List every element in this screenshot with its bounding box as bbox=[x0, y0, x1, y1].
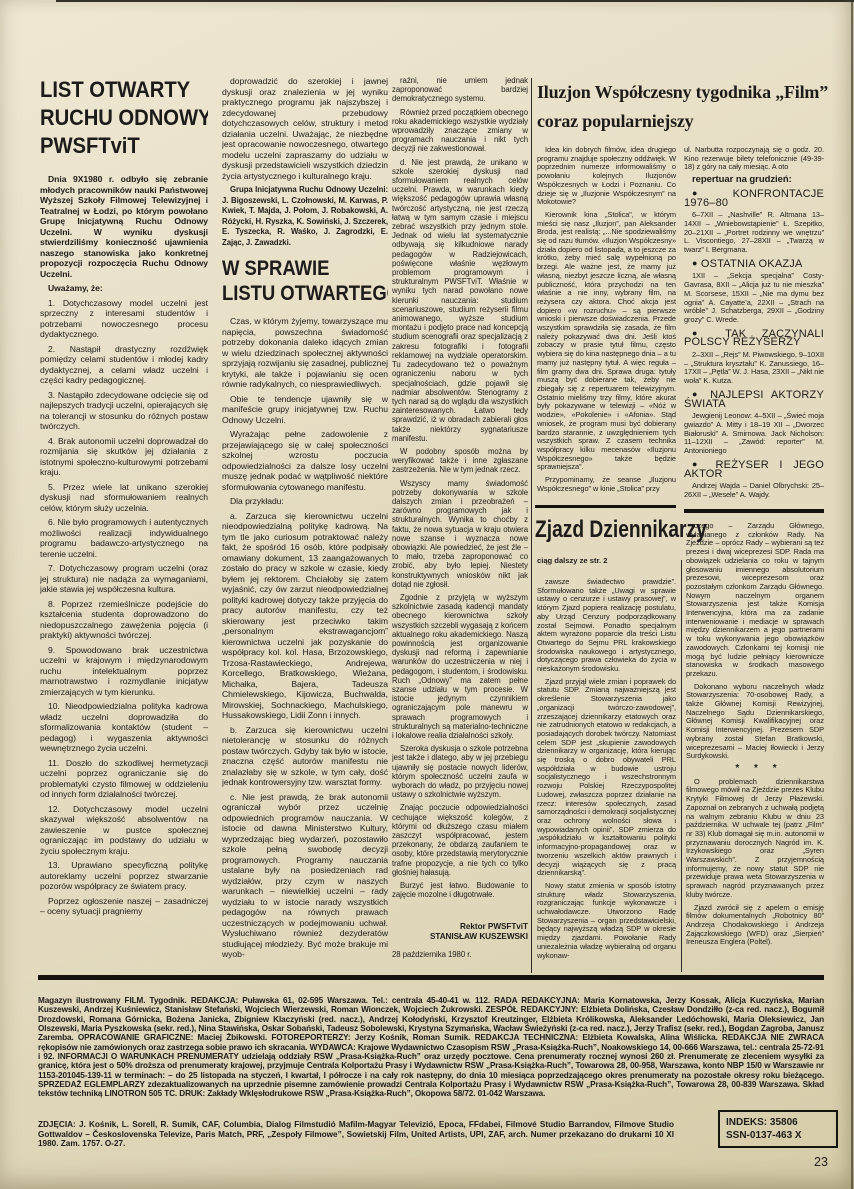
index-box: INDEKS: 35806 SSN-0137-463 X bbox=[718, 1110, 838, 1148]
numbered-item: 8. Poprzez rzemieślnicze podejście do ks… bbox=[40, 599, 208, 641]
body-paragraph: Czas, w którym żyjemy, towarzyszące mu n… bbox=[222, 316, 388, 390]
open-letter-title: LIST OTWARTY RUCHU ODNOWY PWSFTviT bbox=[40, 76, 195, 160]
response-text: raźni, nie umiem jednak zaproponować bar… bbox=[392, 76, 528, 916]
issn-number: SSN-0137-463 X bbox=[726, 1129, 830, 1142]
numbered-item: 1. Dotychczasowy model uczelni jest sprz… bbox=[40, 298, 208, 340]
title-line: LIST OTWARTY bbox=[40, 77, 190, 102]
title-line: RUCHU ODNOWY bbox=[40, 105, 208, 130]
body-paragraph: Wszyscy mamy świadomość potrzeby dokonyw… bbox=[392, 479, 528, 589]
body-paragraph: Zjazd zwrócił się z apelem o emisję film… bbox=[686, 904, 824, 948]
numbered-item: 11. Doszło do szkodliwej hermetyzacji uc… bbox=[40, 758, 208, 800]
numbered-item: 5. Przez wiele lat unikano szerokiej dys… bbox=[40, 482, 208, 514]
repertoire-entries: Jewgienij Leonow: 4–5XII – „Świeć moja g… bbox=[684, 412, 824, 456]
title-line: LISTU OTWARTEGO bbox=[222, 282, 388, 305]
section-title-text: OSTATNIA OKAZJA bbox=[701, 258, 803, 270]
body-paragraph: O problemach dziennikarstwa filmowego mó… bbox=[686, 778, 824, 900]
body-paragraph: W podobny sposób można by weryfikować ta… bbox=[392, 447, 528, 475]
zjazd-column-1: zawsze świadectwo prawdzie”. Sformułowan… bbox=[537, 578, 676, 972]
iluzjon-column-2: ul. Narbutta rozpoczynają się o godz. 20… bbox=[684, 146, 824, 506]
numbered-item: 7. Dotychczasowy program uczelni (oraz j… bbox=[40, 563, 208, 595]
repertoire-section-title: ● OSTATNIA OKAZJA bbox=[684, 259, 824, 269]
masthead-imprint: Magazyn ilustrowany FILM. Tygodnik. REDA… bbox=[38, 996, 824, 1098]
body-paragraph: Zgodnie z przyjętą w wyższym szkolnictwi… bbox=[392, 593, 528, 740]
open-letter-intro: Dnia 9X1980 r. odbyło się zebranie młody… bbox=[40, 174, 208, 279]
signature-name: STANISŁAW KUSZEWSKI bbox=[392, 932, 528, 942]
body-paragraph: zawsze świadectwo prawdzie”. Sformułowan… bbox=[537, 578, 676, 674]
body-paragraph: Nowy statut zmienia w sposób istotny str… bbox=[537, 882, 676, 960]
repertoire-entries: 1XII – „Sekcja specjalna” Costy-Gavrasa,… bbox=[684, 272, 824, 324]
magazine-page: LIST OTWARTY RUCHU ODNOWY PWSFTviT Dnia … bbox=[0, 0, 854, 1189]
body-paragraph: Poprzez ogłoszenie naszej – zasadniczej … bbox=[40, 896, 208, 917]
title-line: coraz popularniejszy bbox=[537, 111, 693, 131]
repertoire-label: repertuar na grudzień: bbox=[684, 176, 824, 185]
numbered-item: 2. Nastąpił drastyczny rozdźwięk pomiędz… bbox=[40, 344, 208, 386]
scan-edge-top bbox=[56, 0, 854, 2]
iluzjon-column-1: Idea kin dobrych filmów, idea drugiego p… bbox=[537, 146, 676, 500]
zjazd-headline: Zjazd Dziennikarzy bbox=[535, 516, 707, 544]
body-paragraph: Obie te tendencje ujawniły się w manifeś… bbox=[222, 394, 388, 426]
open-letter-lead-in: Uważamy, że: bbox=[40, 283, 208, 294]
repertoire-section-title: ● REŻYSER I JEGO AKTOR bbox=[684, 460, 824, 478]
continued-from-label: ciąg dalszy ze str. 2 bbox=[537, 556, 608, 565]
section-title-text: REŻYSER I JEGO AKTOR bbox=[684, 459, 824, 480]
section-rule-left bbox=[535, 505, 676, 508]
response-title: W SPRAWIE LISTU OTWARTEGO bbox=[222, 256, 368, 306]
asterisk-separator: * * * bbox=[686, 765, 824, 774]
body-paragraph: Zjazd przyjął wiele zmian i poprawek do … bbox=[537, 678, 676, 878]
body-paragraph: Dla przykładu: bbox=[222, 496, 388, 507]
numbered-item: 12. Dotychczasowy model uczelni skazywał… bbox=[40, 804, 208, 857]
body-paragraph: Burzyć jest łatwo. Budowanie to zajęcie … bbox=[392, 881, 528, 899]
signature-role: Rektor PWSFTviT bbox=[392, 922, 528, 932]
repertoire-entries: 6–7XII – „Nashville” R. Altmana 13–14XII… bbox=[684, 211, 824, 255]
body-paragraph: d. Nie jest prawdą, że unikano w szkole … bbox=[392, 158, 528, 443]
open-letter-column-3: raźni, nie umiem jednak zaproponować bar… bbox=[392, 76, 528, 972]
photo-credits: ZDJĘCIA: J. Kośnik, L. Sorell, R. Sumik,… bbox=[38, 1120, 674, 1149]
body-paragraph: ul. Narbutta rozpoczynają się o godz. 20… bbox=[684, 146, 824, 172]
signature-date: 28 października 1980 r. bbox=[392, 950, 528, 959]
numbered-item: 6. Nie było programowych i autentycznych… bbox=[40, 517, 208, 559]
body-paragraph: Idea kin dobrych filmów, idea drugiego p… bbox=[537, 146, 676, 207]
bullet-icon: ● bbox=[692, 258, 698, 268]
zjazd-column-2: czego – Zarządu Głównego, wyłanianego z … bbox=[686, 522, 824, 972]
body-paragraph: Dokonano wyboru naczelnych władz Stowarz… bbox=[686, 683, 824, 761]
body-paragraph: c. Nie jest prawdą, że brak autonomii og… bbox=[222, 792, 388, 960]
body-paragraph: Wyrażając pełne zadowolenie z przejawiaj… bbox=[222, 429, 388, 492]
body-paragraph: raźni, nie umiem jednak zaproponować bar… bbox=[392, 76, 528, 104]
title-line: PWSFTviT bbox=[40, 133, 140, 158]
repertoire-section-title: ● NAJLEPSI AKTORZY ŚWIATA bbox=[684, 390, 824, 408]
body-paragraph: Przypominamy, że seanse „Iluzjonu Współc… bbox=[537, 476, 676, 493]
column-divider-zjazd bbox=[681, 560, 682, 972]
column-divider-main bbox=[531, 78, 532, 973]
body-paragraph: a. Zarzuca się kierownictwu uczelni nieo… bbox=[222, 511, 388, 721]
title-line: W SPRAWIE bbox=[222, 257, 329, 280]
section-rule-right bbox=[684, 509, 824, 513]
numbered-item: 3. Nastąpiło zdecydowane odcięcie się od… bbox=[40, 390, 208, 432]
numbered-item: 9. Spowodowano brak uczestnictwa uczelni… bbox=[40, 645, 208, 698]
repertoire-section-title: ● TAK ZACZYNALI POLSCY REŻYSERZY bbox=[684, 329, 824, 347]
body-paragraph: Kierownik kina „Stolica”, w którym mieśc… bbox=[537, 211, 676, 472]
open-letter-column-1: LIST OTWARTY RUCHU ODNOWY PWSFTviT Dnia … bbox=[40, 76, 208, 968]
page-number: 23 bbox=[814, 1155, 828, 1169]
footer-rule bbox=[38, 975, 824, 980]
body-paragraph: Znając poczucie odpowiedzialności cechuj… bbox=[392, 803, 528, 877]
scan-edge-right bbox=[851, 0, 853, 1189]
numbered-item: 4. Brak autonomii uczelni doprowadzał do… bbox=[40, 436, 208, 478]
repertoire-entries: 2–3XII – „Rejs” M. Piwowskiego, 9–10XII … bbox=[684, 351, 824, 386]
numbered-item: 13. Uprawiano specyficzną politykę autor… bbox=[40, 860, 208, 892]
section-title-text: NAJLEPSI AKTORZY ŚWIATA bbox=[684, 389, 824, 410]
index-number: INDEKS: 35806 bbox=[726, 1116, 830, 1129]
body-paragraph: b. Zarzuca się kierownictwu uczelni niet… bbox=[222, 725, 388, 788]
initiative-group-credit: Grupa Inicjatywna Ruchu Odnowy Uczelni: … bbox=[222, 185, 388, 248]
body-paragraph: Szeroka dyskusja o szkole potrzebna jest… bbox=[392, 744, 528, 799]
body-paragraph: czego – Zarządu Głównego, wyłanianego z … bbox=[686, 522, 824, 679]
body-paragraph: Również przed początkiem obecnego roku a… bbox=[392, 108, 528, 154]
open-letter-column-2: doprowadzić do szerokiej i jawnej dyskus… bbox=[222, 76, 388, 964]
numbered-item: 10. Nieodpowiedzialna polityka kadrowa w… bbox=[40, 701, 208, 754]
title-line: Iluzjon Współczesny tygodnika „Film” bbox=[537, 82, 828, 102]
signature-block: Rektor PWSFTviT STANISŁAW KUSZEWSKI bbox=[392, 922, 528, 942]
repertoire-entries: Andrzej Wajda – Daniel Olbrychski: 25–26… bbox=[684, 482, 824, 499]
body-paragraph: doprowadzić do szerokiej i jawnej dyskus… bbox=[222, 76, 388, 181]
iluzjon-headline: Iluzjon Współczesny tygodnika „Film” cor… bbox=[537, 78, 837, 136]
repertoire-section-title: ● KONFRONTACJE 1976–80 bbox=[684, 189, 824, 207]
